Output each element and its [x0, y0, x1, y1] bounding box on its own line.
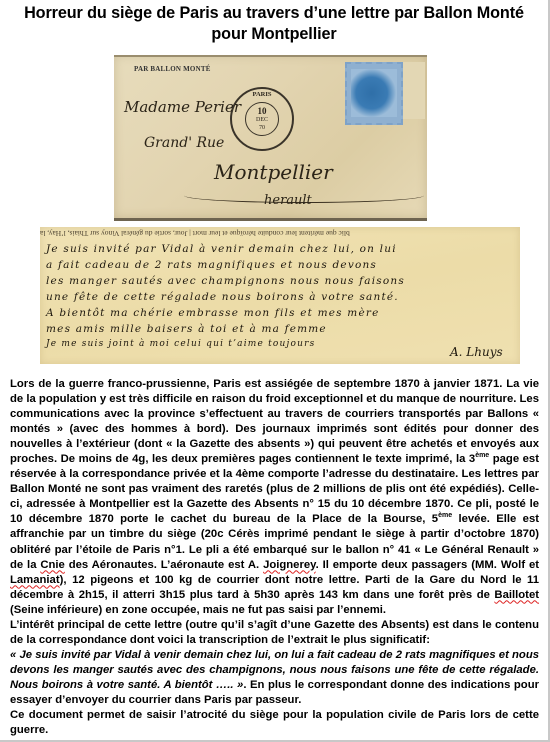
paragraph-interest: L’intérêt principal de cette lettre (out…	[10, 618, 539, 648]
spellcheck-word: Cnie	[40, 559, 64, 571]
stamp-portrait	[351, 69, 397, 117]
postmark-day: 10	[246, 106, 278, 116]
envelope-corner	[403, 62, 425, 119]
postmark-month: DEC	[246, 117, 278, 123]
postmark-icon: PARIS 10 DEC 70	[230, 87, 294, 151]
handwritten-line: mes amis mille baisers à toi et à ma fem…	[46, 323, 327, 335]
handwritten-line: les manger sautés avec champignons nous …	[46, 275, 405, 287]
handwritten-line: A bientôt ma chérie embrasse mon fils et…	[46, 307, 380, 319]
handwritten-letter-image: blic que méritent leur conduite héroïque…	[40, 227, 520, 364]
postmark-inner-ring: 10 DEC 70	[245, 102, 279, 136]
spellcheck-word: Joignerey	[263, 559, 316, 571]
address-line-1: Madame Perier	[124, 98, 241, 116]
postmark-city: PARIS	[232, 91, 292, 98]
envelope-printed-header: PAR BALLON MONTÉ	[134, 65, 211, 73]
handwritten-line: une fête de cette régalade nous boirons …	[46, 291, 399, 303]
address-line-2: Grand' Rue	[144, 135, 224, 151]
paragraph-conclusion: Ce document permet de saisir l’atrocité …	[10, 708, 539, 738]
envelope-image: PAR BALLON MONTÉ PARIS 10 DEC 70 Madame …	[114, 55, 427, 221]
ceres-stamp-icon	[345, 62, 403, 125]
envelope-edge	[114, 55, 427, 57]
letter-signature: A. Lhuys	[450, 345, 503, 359]
paragraph-quote: « Je suis invité par Vidal à venir demai…	[10, 648, 539, 708]
page-title: Horreur du siège de Paris au travers d’u…	[0, 3, 548, 45]
address-line-4: herault	[264, 193, 312, 208]
spellcheck-word: Lamaniat	[10, 574, 60, 586]
title-line-2: pour Montpellier	[0, 24, 548, 45]
paragraph-history: Lors de la guerre franco-prussienne, Par…	[10, 377, 539, 618]
document-page: Horreur du siège de Paris au travers d’u…	[0, 0, 550, 742]
address-line-3: Montpellier	[214, 160, 333, 184]
title-line-1: Horreur du siège de Paris au travers d’u…	[0, 3, 548, 24]
handwritten-line: a fait cadeau de 2 rats magnifiques et n…	[46, 259, 377, 271]
printed-reverse-text: blic que méritent leur conduite héroïque…	[40, 229, 520, 238]
handwritten-line: Je me suis joint à moi celui qui t’aime …	[46, 339, 315, 349]
article-body: Lors de la guerre franco-prussienne, Par…	[10, 377, 539, 738]
postmark-year: 70	[246, 125, 278, 131]
spellcheck-word: Baillotet	[494, 589, 539, 601]
handwritten-line: Je suis invité par Vidal à venir demain …	[46, 243, 397, 255]
